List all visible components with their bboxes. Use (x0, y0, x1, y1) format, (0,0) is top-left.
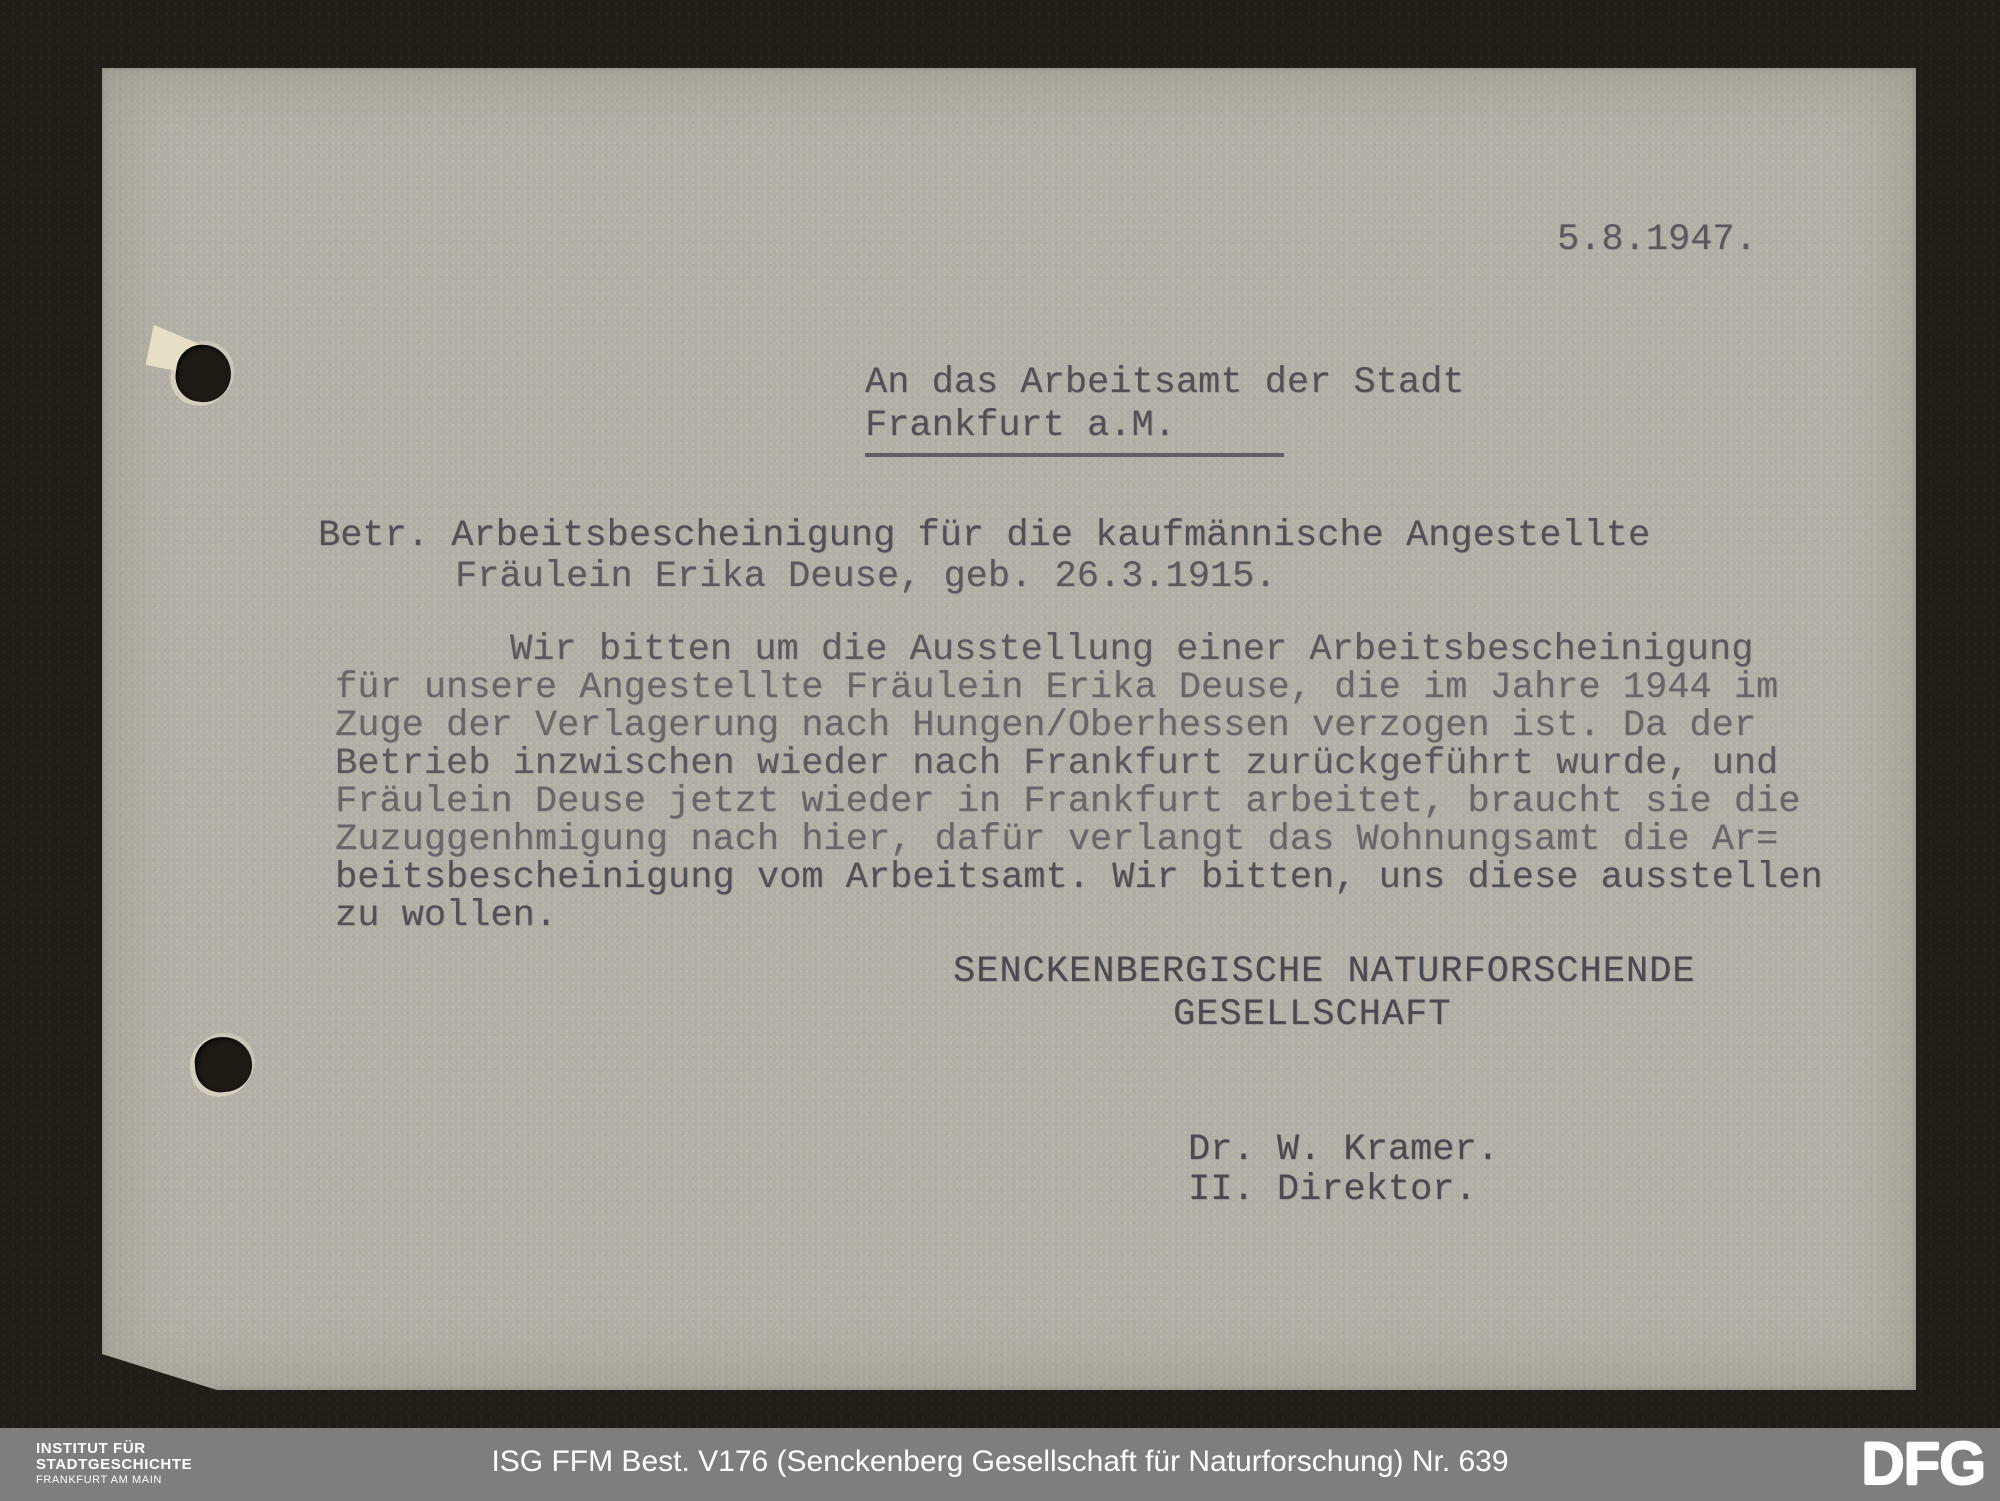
letter-date: 5.8.1947. (1557, 220, 1757, 260)
scan-viewer: 5.8.1947. An das Arbeitsamt der Stadt Fr… (0, 0, 2000, 1501)
body-line: Zuzuggenhmigung nach hier, dafür verlang… (335, 820, 1778, 860)
body-line: zu wollen. (335, 896, 557, 936)
organization-line-1: SENCKENBERGISCHE NATURFORSCHENDE (953, 952, 1696, 992)
recipient-line-2: Frankfurt a.M. (865, 406, 1284, 457)
body-line: für unsere Angestellte Fräulein Erika De… (335, 668, 1778, 708)
dfg-logo: DFG (1861, 1433, 1985, 1495)
body-line: beitsbescheinigung vom Arbeitsamt. Wir b… (335, 858, 1823, 898)
archive-footer-bar: INSTITUT FÜR STADTGESCHICHTE FRANKFURT A… (0, 1428, 2000, 1501)
subject-line-1: Betr. Arbeitsbescheinigung für die kaufm… (318, 516, 1650, 556)
punch-hole-bottom (192, 1034, 254, 1095)
signature-title: II. Direktor. (1188, 1170, 1477, 1210)
letter-document: 5.8.1947. An das Arbeitsamt der Stadt Fr… (102, 68, 1916, 1390)
body-line: Fräulein Deuse jetzt wieder in Frankfurt… (335, 782, 1800, 822)
body-line: Betrieb inzwischen wieder nach Frankfurt… (335, 744, 1778, 784)
recipient-city-underlined: Frankfurt a.M. (865, 406, 1284, 457)
archive-reference-caption: ISG FFM Best. V176 (Senckenberg Gesellsc… (0, 1444, 2000, 1480)
subject-line-2: Fräulein Erika Deuse, geb. 26.3.1915. (455, 557, 1277, 597)
recipient-line-1: An das Arbeitsamt der Stadt (865, 363, 1465, 403)
organization-line-2: GESELLSCHAFT (1173, 995, 1451, 1035)
signature-name: Dr. W. Kramer. (1188, 1130, 1499, 1170)
body-line: Wir bitten um die Ausstellung einer Arbe… (335, 630, 1753, 670)
body-line: Zuge der Verlagerung nach Hungen/Oberhes… (335, 706, 1756, 746)
